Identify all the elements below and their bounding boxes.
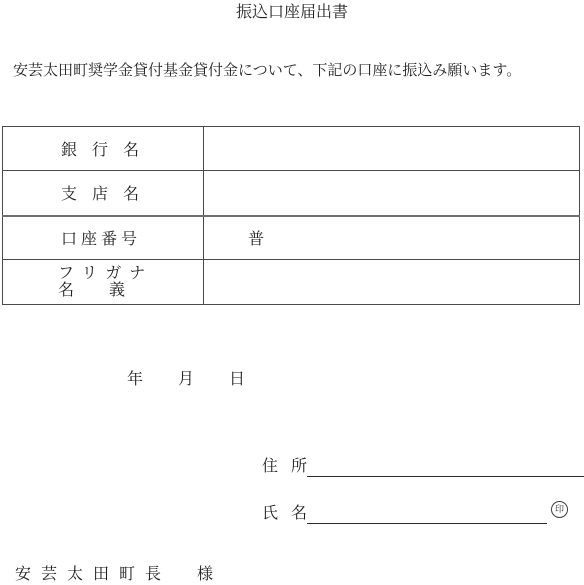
month-label: 月 xyxy=(178,370,194,390)
seal-character: 印 xyxy=(555,505,564,514)
year-label: 年 xyxy=(127,371,143,388)
form-title: 振込口座届出書 xyxy=(0,2,584,24)
recipient-honorific: 様 xyxy=(197,565,213,585)
account-number-row: 口座番号 普 xyxy=(3,216,580,260)
intro-text: 安芸太田町奨学金貸付基金貸付金について、下記の口座に振込み願います。 xyxy=(13,61,521,81)
account-number-field[interactable]: 普 xyxy=(204,216,580,260)
branch-name-label: 支店名 xyxy=(61,186,154,203)
address-input-line[interactable] xyxy=(307,457,584,477)
account-type-value: 普 xyxy=(248,231,264,248)
recipient-line: 安芸太田町長様 xyxy=(15,565,213,585)
date-line: 年 月 日 xyxy=(127,370,245,390)
holder-name-label: 名義 xyxy=(58,282,160,299)
recipient-name: 安芸太田町長 xyxy=(15,566,171,583)
account-holder-field[interactable] xyxy=(204,260,580,305)
name-input-line[interactable] xyxy=(307,504,547,524)
account-holder-row: フリガナ 名義 xyxy=(3,260,580,305)
account-table: 銀行名 支店名 口座番号 普 フリガナ 名義 xyxy=(2,126,580,305)
bank-name-row: 銀行名 xyxy=(3,127,580,171)
furigana-label: フリガナ xyxy=(58,265,153,282)
bank-name-field[interactable] xyxy=(204,127,580,171)
account-number-label: 口座番号 xyxy=(61,231,141,248)
name-field-row: 氏名 xyxy=(262,504,547,524)
bank-name-label-cell: 銀行名 xyxy=(3,127,204,171)
branch-name-row: 支店名 xyxy=(3,171,580,216)
branch-name-label-cell: 支店名 xyxy=(3,171,204,216)
form-page: 振込口座届出書 安芸太田町奨学金貸付基金貸付金について、下記の口座に振込み願いま… xyxy=(0,0,584,585)
day-label: 日 xyxy=(229,370,245,390)
account-number-label-cell: 口座番号 xyxy=(3,216,204,260)
account-holder-label-cell: フリガナ 名義 xyxy=(3,260,204,305)
address-field-row: 住所 xyxy=(262,457,584,477)
seal-icon: 印 xyxy=(551,501,568,518)
branch-name-field[interactable] xyxy=(204,171,580,216)
bank-name-label: 銀行名 xyxy=(61,142,154,159)
